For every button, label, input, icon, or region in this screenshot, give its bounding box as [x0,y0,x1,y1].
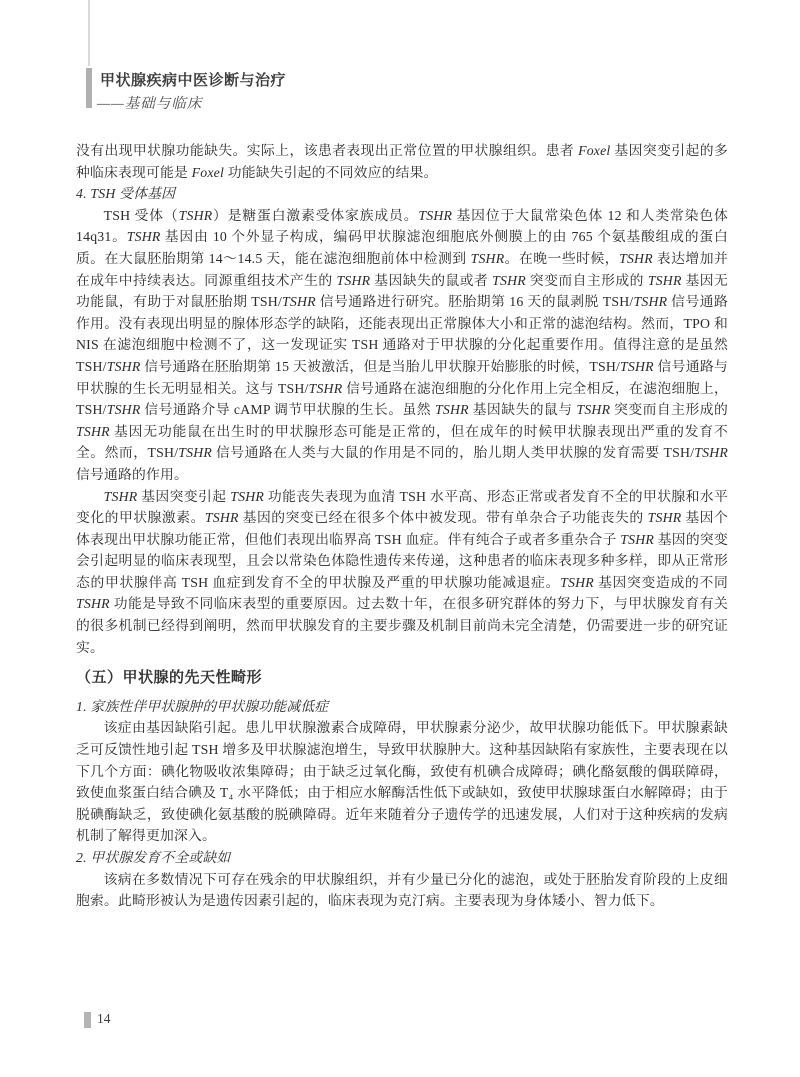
page-number-bar [84,1012,91,1028]
paragraph: 没有出现甲状腺功能缺失。实际上，该患者表现出正常位置的甲状腺组织。患者 Foxe… [76,140,728,183]
book-subtitle: ——基础与临床 [97,92,202,113]
paragraph: TSH 受体（TSHR）是糖蛋白激素受体家族成员。TSHR 基因位于大鼠常染色体… [76,205,728,486]
book-title: 甲状腺疾病中医诊断与治疗 [100,69,286,90]
header-rule-line [88,0,90,66]
page-content: 没有出现甲状腺功能缺失。实际上，该患者表现出正常位置的甲状腺组织。患者 Foxe… [76,140,728,912]
paragraph: 该症由基因缺陷引起。患儿甲状腺激素合成障碍，甲状腺素分泌少，故甲状腺功能低下。甲… [76,717,728,847]
book-page: 甲状腺疾病中医诊断与治疗 ——基础与临床 没有出现甲状腺功能缺失。实际上，该患者… [0,0,800,1077]
page-number: 14 [97,1011,111,1027]
paragraph: TSHR 基因突变引起 TSHR 功能丧失表现为血清 TSH 水平高、形态正常或… [76,486,728,659]
header-accent-bar [86,68,92,108]
subsection-heading-1-familial-goitrous-hypothyroidism: 1. 家族性伴甲状腺肿的甲状腺功能减低症 [76,696,728,718]
subsection-heading-2-thyroid-dysplasia-or-absence: 2. 甲状腺发育不全或缺如 [76,847,728,869]
subsection-heading-4-tsh-receptor-gene: 4. TSH 受体基因 [76,183,728,205]
paragraph: 该病在多数情况下可存在残余的甲状腺组织，并有少量已分化的滤泡，或处于胚胎发育阶段… [76,869,728,912]
section-heading-congenital-malformation: （五）甲状腺的先天性畸形 [76,667,728,689]
